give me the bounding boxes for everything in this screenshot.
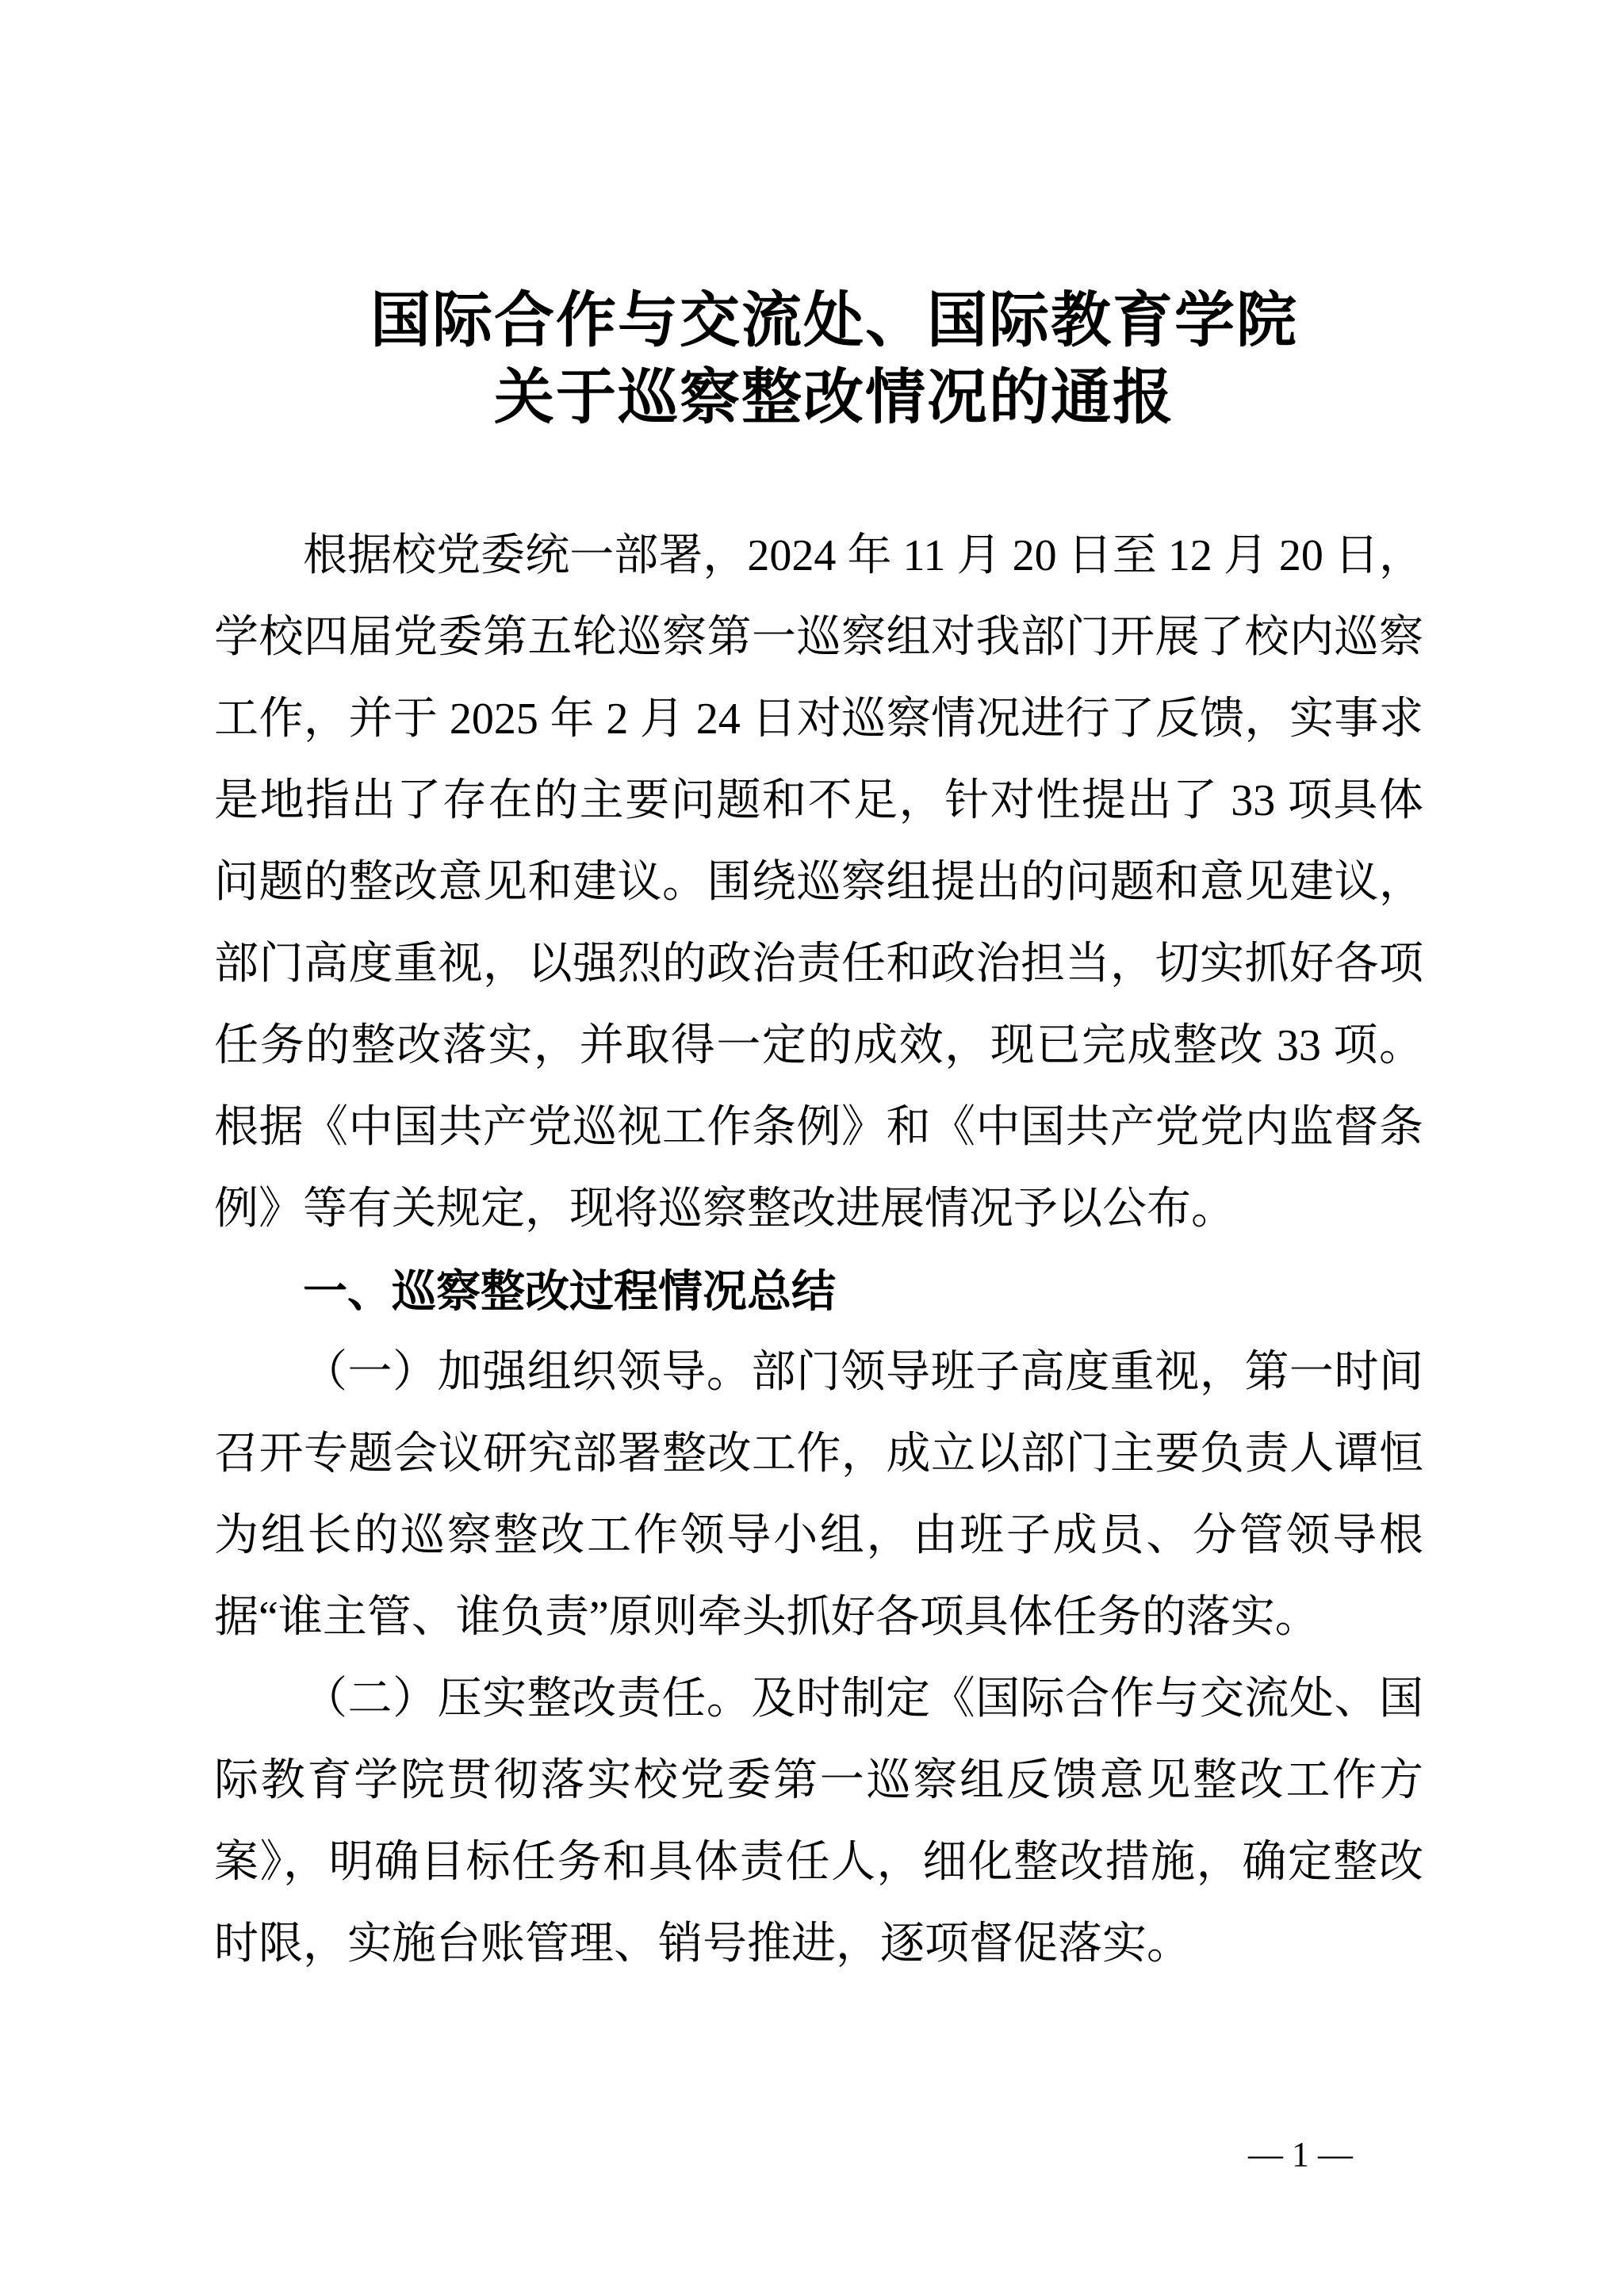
document-body: 根据校党委统一部署，2024 年 11 月 20 日至 12 月 20 日，学校… bbox=[214, 515, 1423, 1985]
paragraph-intro: 根据校党委统一部署，2024 年 11 月 20 日至 12 月 20 日，学校… bbox=[214, 515, 1423, 1250]
page-number: — 1 — bbox=[1248, 2136, 1353, 2174]
section-heading: 一、巡察整改过程情况总结 bbox=[214, 1250, 1423, 1332]
paragraph-sub-2: （二）压实整改责任。及时制定《国际合作与交流处、国际教育学院贯彻落实校党委第一巡… bbox=[214, 1659, 1423, 1985]
title-line-1: 国际合作与交流处、国际教育学院 bbox=[44, 282, 1624, 359]
document-title: 国际合作与交流处、国际教育学院 关于巡察整改情况的通报 bbox=[44, 0, 1624, 436]
paragraph-sub-1-lead: （一）加强组织领导。 bbox=[303, 1348, 751, 1397]
document-page: 国际合作与交流处、国际教育学院 关于巡察整改情况的通报 根据校党委统一部署，20… bbox=[0, 0, 1624, 2296]
paragraph-sub-2-lead: （二）压实整改责任。 bbox=[303, 1674, 751, 1724]
title-line-2: 关于巡察整改情况的通报 bbox=[44, 359, 1624, 436]
paragraph-sub-1: （一）加强组织领导。部门领导班子高度重视，第一时间召开专题会议研究部署整改工作，… bbox=[214, 1332, 1423, 1659]
